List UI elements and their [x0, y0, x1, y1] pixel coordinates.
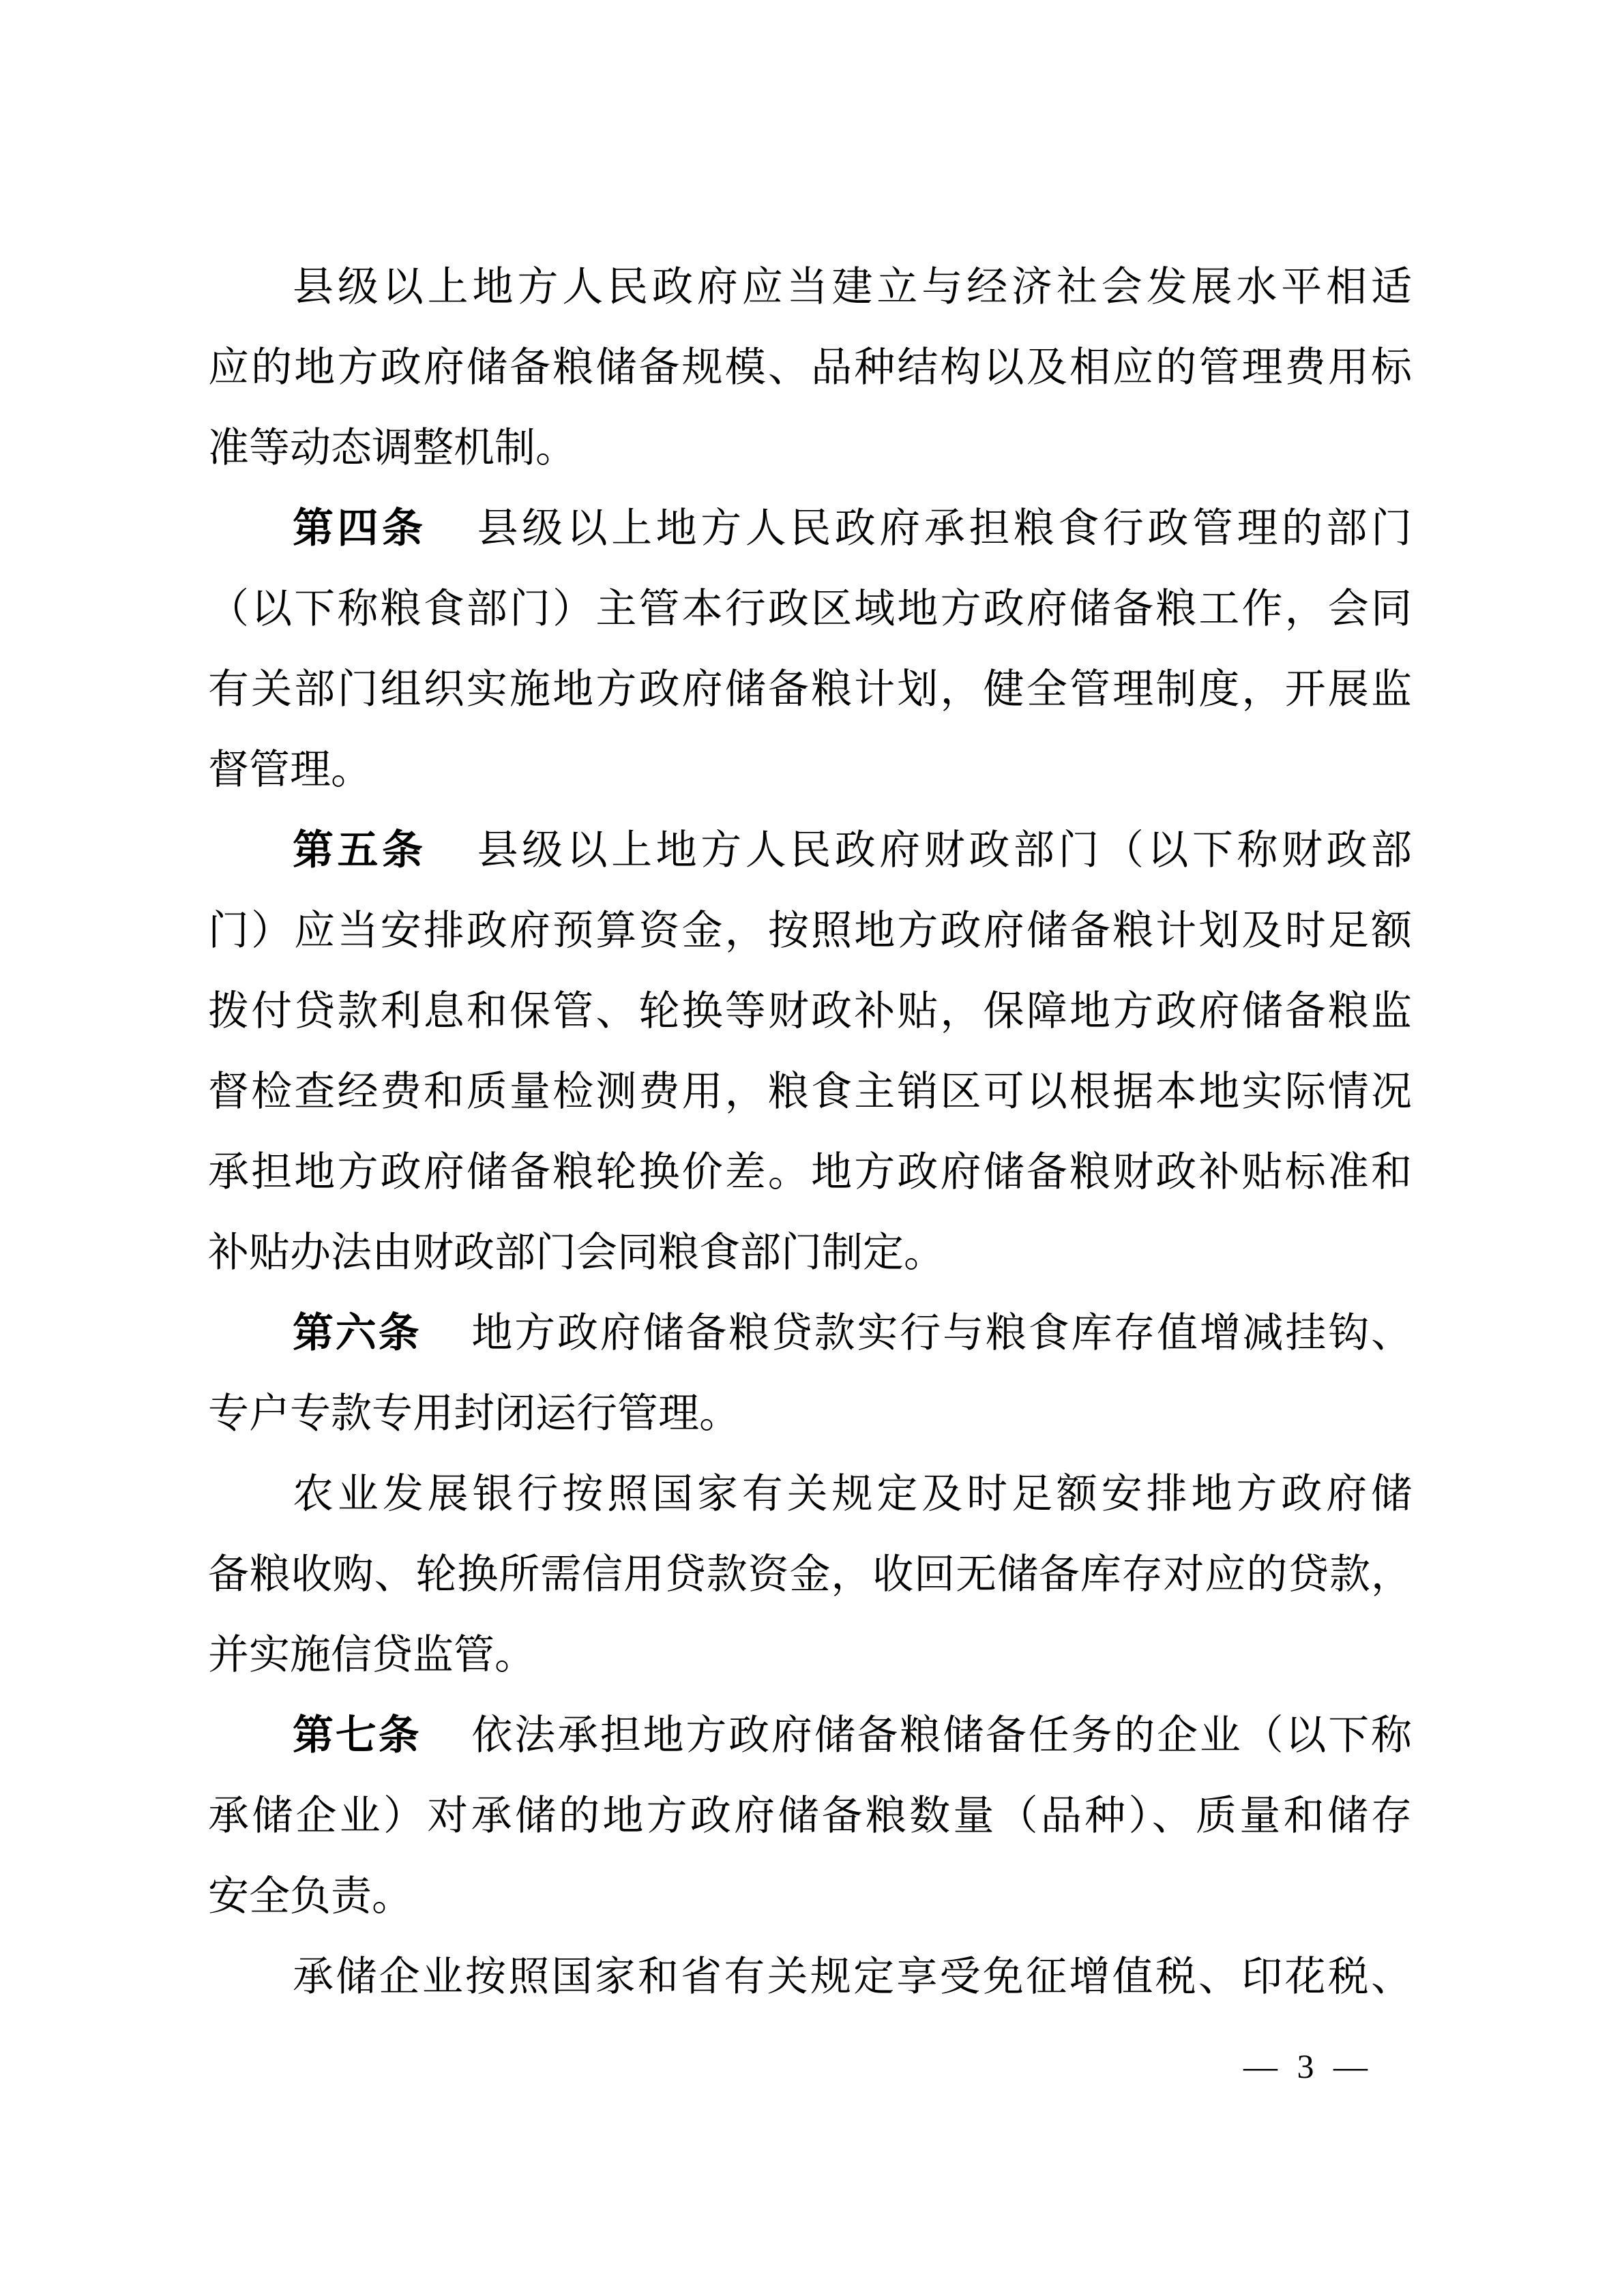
article-number: 第七条 [293, 1712, 421, 1758]
text-line: 第五条县级以上地方人民政府财政部门（以下称财政部 [208, 810, 1412, 891]
document-body: 县级以上地方人民政府应当建立与经济社会发展水平相适应的地方政府储备粮储备规模、品… [208, 247, 1412, 2017]
text-line: 县级以上地方人民政府应当建立与经济社会发展水平相适 [208, 247, 1412, 327]
text-line: 专户专款专用封闭运行管理。 [208, 1373, 1412, 1454]
text-line: 承储企业按照国家和省有关规定享受免征增值税、印花税、 [208, 1937, 1412, 2017]
page-number: — 3 — [1243, 2046, 1373, 2087]
text-line: 补贴办法由财政部门会同粮食部门制定。 [208, 1212, 1412, 1293]
article-number: 第六条 [293, 1310, 421, 1356]
text-line: 并实施信贷监管。 [208, 1615, 1412, 1695]
text-line: 督管理。 [208, 730, 1412, 810]
text-line: （以下称粮食部门）主管本行政区域地方政府储备粮工作，会同 [208, 569, 1412, 649]
text-line: 第四条县级以上地方人民政府承担粮食行政管理的部门 [208, 488, 1412, 569]
text-line: 有关部门组织实施地方政府储备粮计划，健全管理制度，开展监 [208, 649, 1412, 730]
article-number: 第四条 [293, 505, 427, 551]
text-line: 备粮收购、轮换所需信用贷款资金，收回无储备库存对应的贷款， [208, 1534, 1412, 1615]
text-line: 拨付贷款利息和保管、轮换等财政补贴，保障地方政府储备粮监 [208, 971, 1412, 1052]
text-line: 第六条地方政府储备粮贷款实行与粮食库存值增减挂钩、 [208, 1293, 1412, 1373]
text-line: 应的地方政府储备粮储备规模、品种结构以及相应的管理费用标 [208, 327, 1412, 408]
text-line: 门）应当安排政府预算资金，按照地方政府储备粮计划及时足额 [208, 891, 1412, 971]
text-line: 承储企业）对承储的地方政府储备粮数量（品种）、质量和储存 [208, 1776, 1412, 1856]
text-line: 承担地方政府储备粮轮换价差。地方政府储备粮财政补贴标准和 [208, 1132, 1412, 1212]
text-line: 安全负责。 [208, 1856, 1412, 1937]
text-line: 准等动态调整机制。 [208, 408, 1412, 488]
text-line: 督检查经费和质量检测费用，粮食主销区可以根据本地实际情况 [208, 1052, 1412, 1132]
text-line: 农业发展银行按照国家有关规定及时足额安排地方政府储 [208, 1454, 1412, 1534]
document-page: 县级以上地方人民政府应当建立与经济社会发展水平相适应的地方政府储备粮储备规模、品… [0, 0, 1624, 2296]
article-number: 第五条 [293, 827, 427, 873]
text-line: 第七条依法承担地方政府储备粮储备任务的企业（以下称 [208, 1695, 1412, 1776]
